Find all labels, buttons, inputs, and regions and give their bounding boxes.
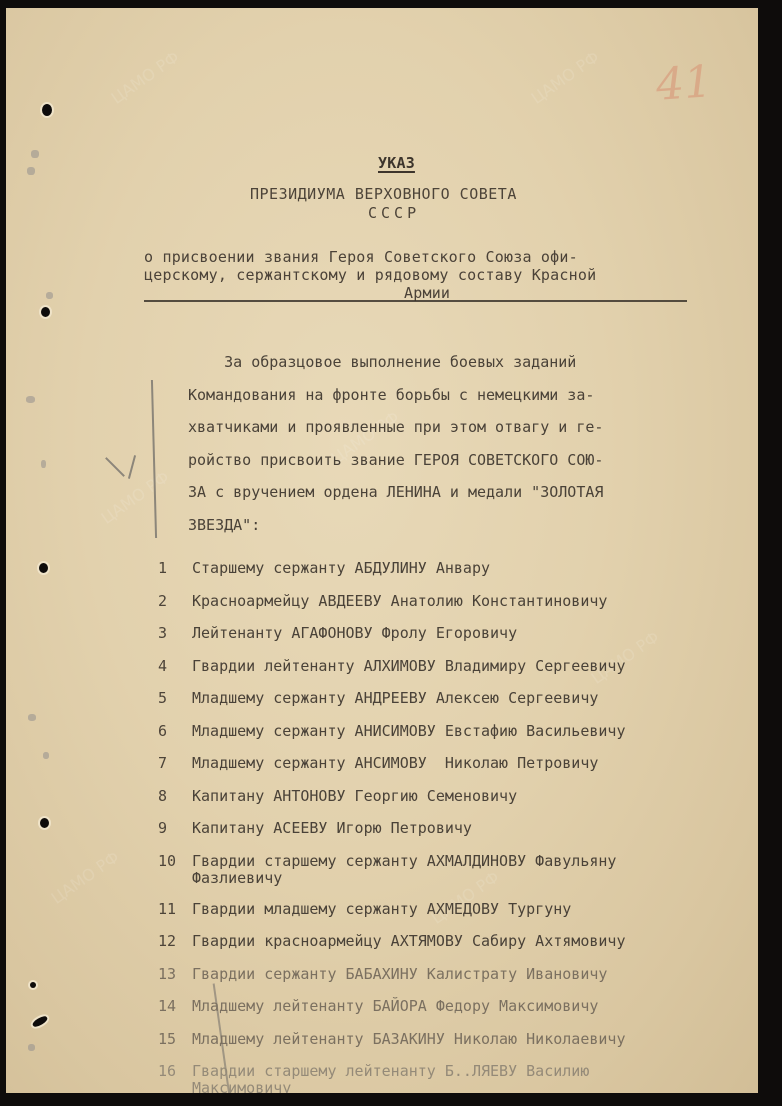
list-item: 7Младшему сержанту АНСИМОВУ Николаю Петр… <box>158 755 738 788</box>
decree-preamble: За образцовое выполнение боевых заданий … <box>188 346 603 541</box>
item-text: Гвардии старшему сержанту АХМАЛДИНОВУ Фа… <box>192 853 616 901</box>
list-item: 3Лейтенанту АГАФОНОВУ Фролу Егоровичу <box>158 625 738 658</box>
item-number: 5 <box>158 690 192 723</box>
smudge <box>28 1044 35 1051</box>
decree-title: УКАЗ <box>378 154 415 172</box>
list-item: 15Младшему лейтенанту БАЗАКИНУ Николаю Н… <box>158 1031 738 1064</box>
decree-issuer: ПРЕЗИДИУМА ВЕРХОВНОГО СОВЕТА <box>250 185 517 203</box>
item-number: 1 <box>158 560 192 593</box>
smudge <box>43 752 49 759</box>
preamble-line: ЗА с вручением ордена ЛЕНИНА и медали "З… <box>188 483 603 501</box>
list-item: 13Гвардии сержанту БАБАХИНУ Калистрату И… <box>158 966 738 999</box>
item-text: Гвардии старшему лейтенанту Б..ЛЯЕВУ Вас… <box>192 1063 589 1093</box>
item-number: 14 <box>158 998 192 1031</box>
list-item: 12Гвардии красноармейцу АХТЯМОВУ Сабиру … <box>158 933 738 966</box>
preamble-line: Командования на фронте борьбы с немецким… <box>188 386 594 404</box>
pencil-check-mark <box>128 455 136 479</box>
item-number: 6 <box>158 723 192 756</box>
item-number: 12 <box>158 933 192 966</box>
decree-issuer-country: СССР <box>368 204 420 222</box>
item-number: 4 <box>158 658 192 691</box>
smudge <box>26 396 35 403</box>
document-scan: ЦАМО РФ ЦАМО РФ ЦАМО РФ ЦАМО РФ ЦАМО РФ … <box>0 0 782 1106</box>
item-number: 15 <box>158 1031 192 1064</box>
list-item: 6Младшему сержанту АНИСИМОВУ Евстафию Ва… <box>158 723 738 756</box>
item-number: 13 <box>158 966 192 999</box>
item-text: Лейтенанту АГАФОНОВУ Фролу Егоровичу <box>192 625 517 658</box>
list-item: 5Младшему сержанту АНДРЕЕВУ Алексею Серг… <box>158 690 738 723</box>
item-text: Гвардии младшему сержанту АХМЕДОВУ Тургу… <box>192 901 571 934</box>
item-number: 2 <box>158 593 192 626</box>
list-item: 14Младшему лейтенанту БАЙОРА Федору Макс… <box>158 998 738 1031</box>
preamble-line: ЗВЕЗДА": <box>188 516 260 534</box>
list-item: 11Гвардии младшему сержанту АХМЕДОВУ Тур… <box>158 901 738 934</box>
punch-hole <box>42 104 52 116</box>
item-number: 8 <box>158 788 192 821</box>
item-text: Младшему сержанту АНДРЕЕВУ Алексею Серге… <box>192 690 598 723</box>
list-item: 10Гвардии старшему сержанту АХМАЛДИНОВУ … <box>158 853 738 901</box>
pencil-check-mark <box>105 457 125 477</box>
item-text: Младшему сержанту АНСИМОВУ Николаю Петро… <box>192 755 598 788</box>
item-number: 7 <box>158 755 192 788</box>
pencil-margin-line <box>151 380 157 538</box>
item-text: Младшему лейтенанту БАЙОРА Федору Максим… <box>192 998 598 1031</box>
item-number: 16 <box>158 1063 192 1093</box>
item-text: Гвардии сержанту БАБАХИНУ Калистрату Ива… <box>192 966 607 999</box>
smudge <box>41 460 46 468</box>
list-item: 16Гвардии старшему лейтенанту Б..ЛЯЕВУ В… <box>158 1063 738 1093</box>
smudge <box>27 167 35 175</box>
punch-hole <box>40 818 49 828</box>
punch-hole <box>39 563 48 573</box>
item-number: 9 <box>158 820 192 853</box>
awardee-list: 1Старшему сержанту АБДУЛИНУ Анвару 2Крас… <box>158 560 738 1093</box>
decree-subject-line-2: церскому, сержантскому и рядовому состав… <box>144 266 596 284</box>
list-item: 2Красноармейцу АВДЕЕВУ Анатолию Констант… <box>158 593 738 626</box>
watermark: ЦАМО РФ <box>48 847 123 907</box>
item-text: Красноармейцу АВДЕЕВУ Анатолию Константи… <box>192 593 607 626</box>
item-text: Старшему сержанту АБДУЛИНУ Анвару <box>192 560 490 593</box>
list-item: 9Капитану АСЕЕВУ Игорю Петровичу <box>158 820 738 853</box>
preamble-line: За образцовое выполнение боевых заданий <box>188 353 576 371</box>
smudge <box>46 292 53 299</box>
preamble-line: ройство присвоить звание ГЕРОЯ СОВЕТСКОГ… <box>188 451 603 469</box>
list-item: 8Капитану АНТОНОВУ Георгию Семеновичу <box>158 788 738 821</box>
item-text: Гвардии красноармейцу АХТЯМОВУ Сабиру Ах… <box>192 933 625 966</box>
punch-hole <box>30 982 36 988</box>
smudge <box>31 150 39 158</box>
item-text: Младшему лейтенанту БАЗАКИНУ Николаю Ник… <box>192 1031 625 1064</box>
preamble-line: хватчиками и проявленные при этом отвагу… <box>188 418 603 436</box>
list-item: 1Старшему сержанту АБДУЛИНУ Анвару <box>158 560 738 593</box>
watermark: ЦАМО РФ <box>108 47 183 107</box>
handwritten-page-number: 41 <box>654 56 713 111</box>
watermark: ЦАМО РФ <box>98 467 173 527</box>
list-item: 4Гвардии лейтенанту АЛХИМОВУ Владимиру С… <box>158 658 738 691</box>
header-rule <box>144 300 687 302</box>
watermark: ЦАМО РФ <box>528 47 603 107</box>
smudge <box>28 714 36 721</box>
item-text: Гвардии лейтенанту АЛХИМОВУ Владимиру Се… <box>192 658 625 691</box>
item-number: 10 <box>158 853 192 901</box>
item-number: 11 <box>158 901 192 934</box>
item-text: Капитану АСЕЕВУ Игорю Петровичу <box>192 820 472 853</box>
punch-hole <box>31 1014 48 1028</box>
item-text: Капитану АНТОНОВУ Георгию Семеновичу <box>192 788 517 821</box>
paper-sheet: ЦАМО РФ ЦАМО РФ ЦАМО РФ ЦАМО РФ ЦАМО РФ … <box>6 8 758 1093</box>
item-text: Младшему сержанту АНИСИМОВУ Евстафию Вас… <box>192 723 625 756</box>
decree-subject-line-1: о присвоении звания Героя Советского Сою… <box>144 248 578 266</box>
item-number: 3 <box>158 625 192 658</box>
punch-hole <box>41 307 50 317</box>
